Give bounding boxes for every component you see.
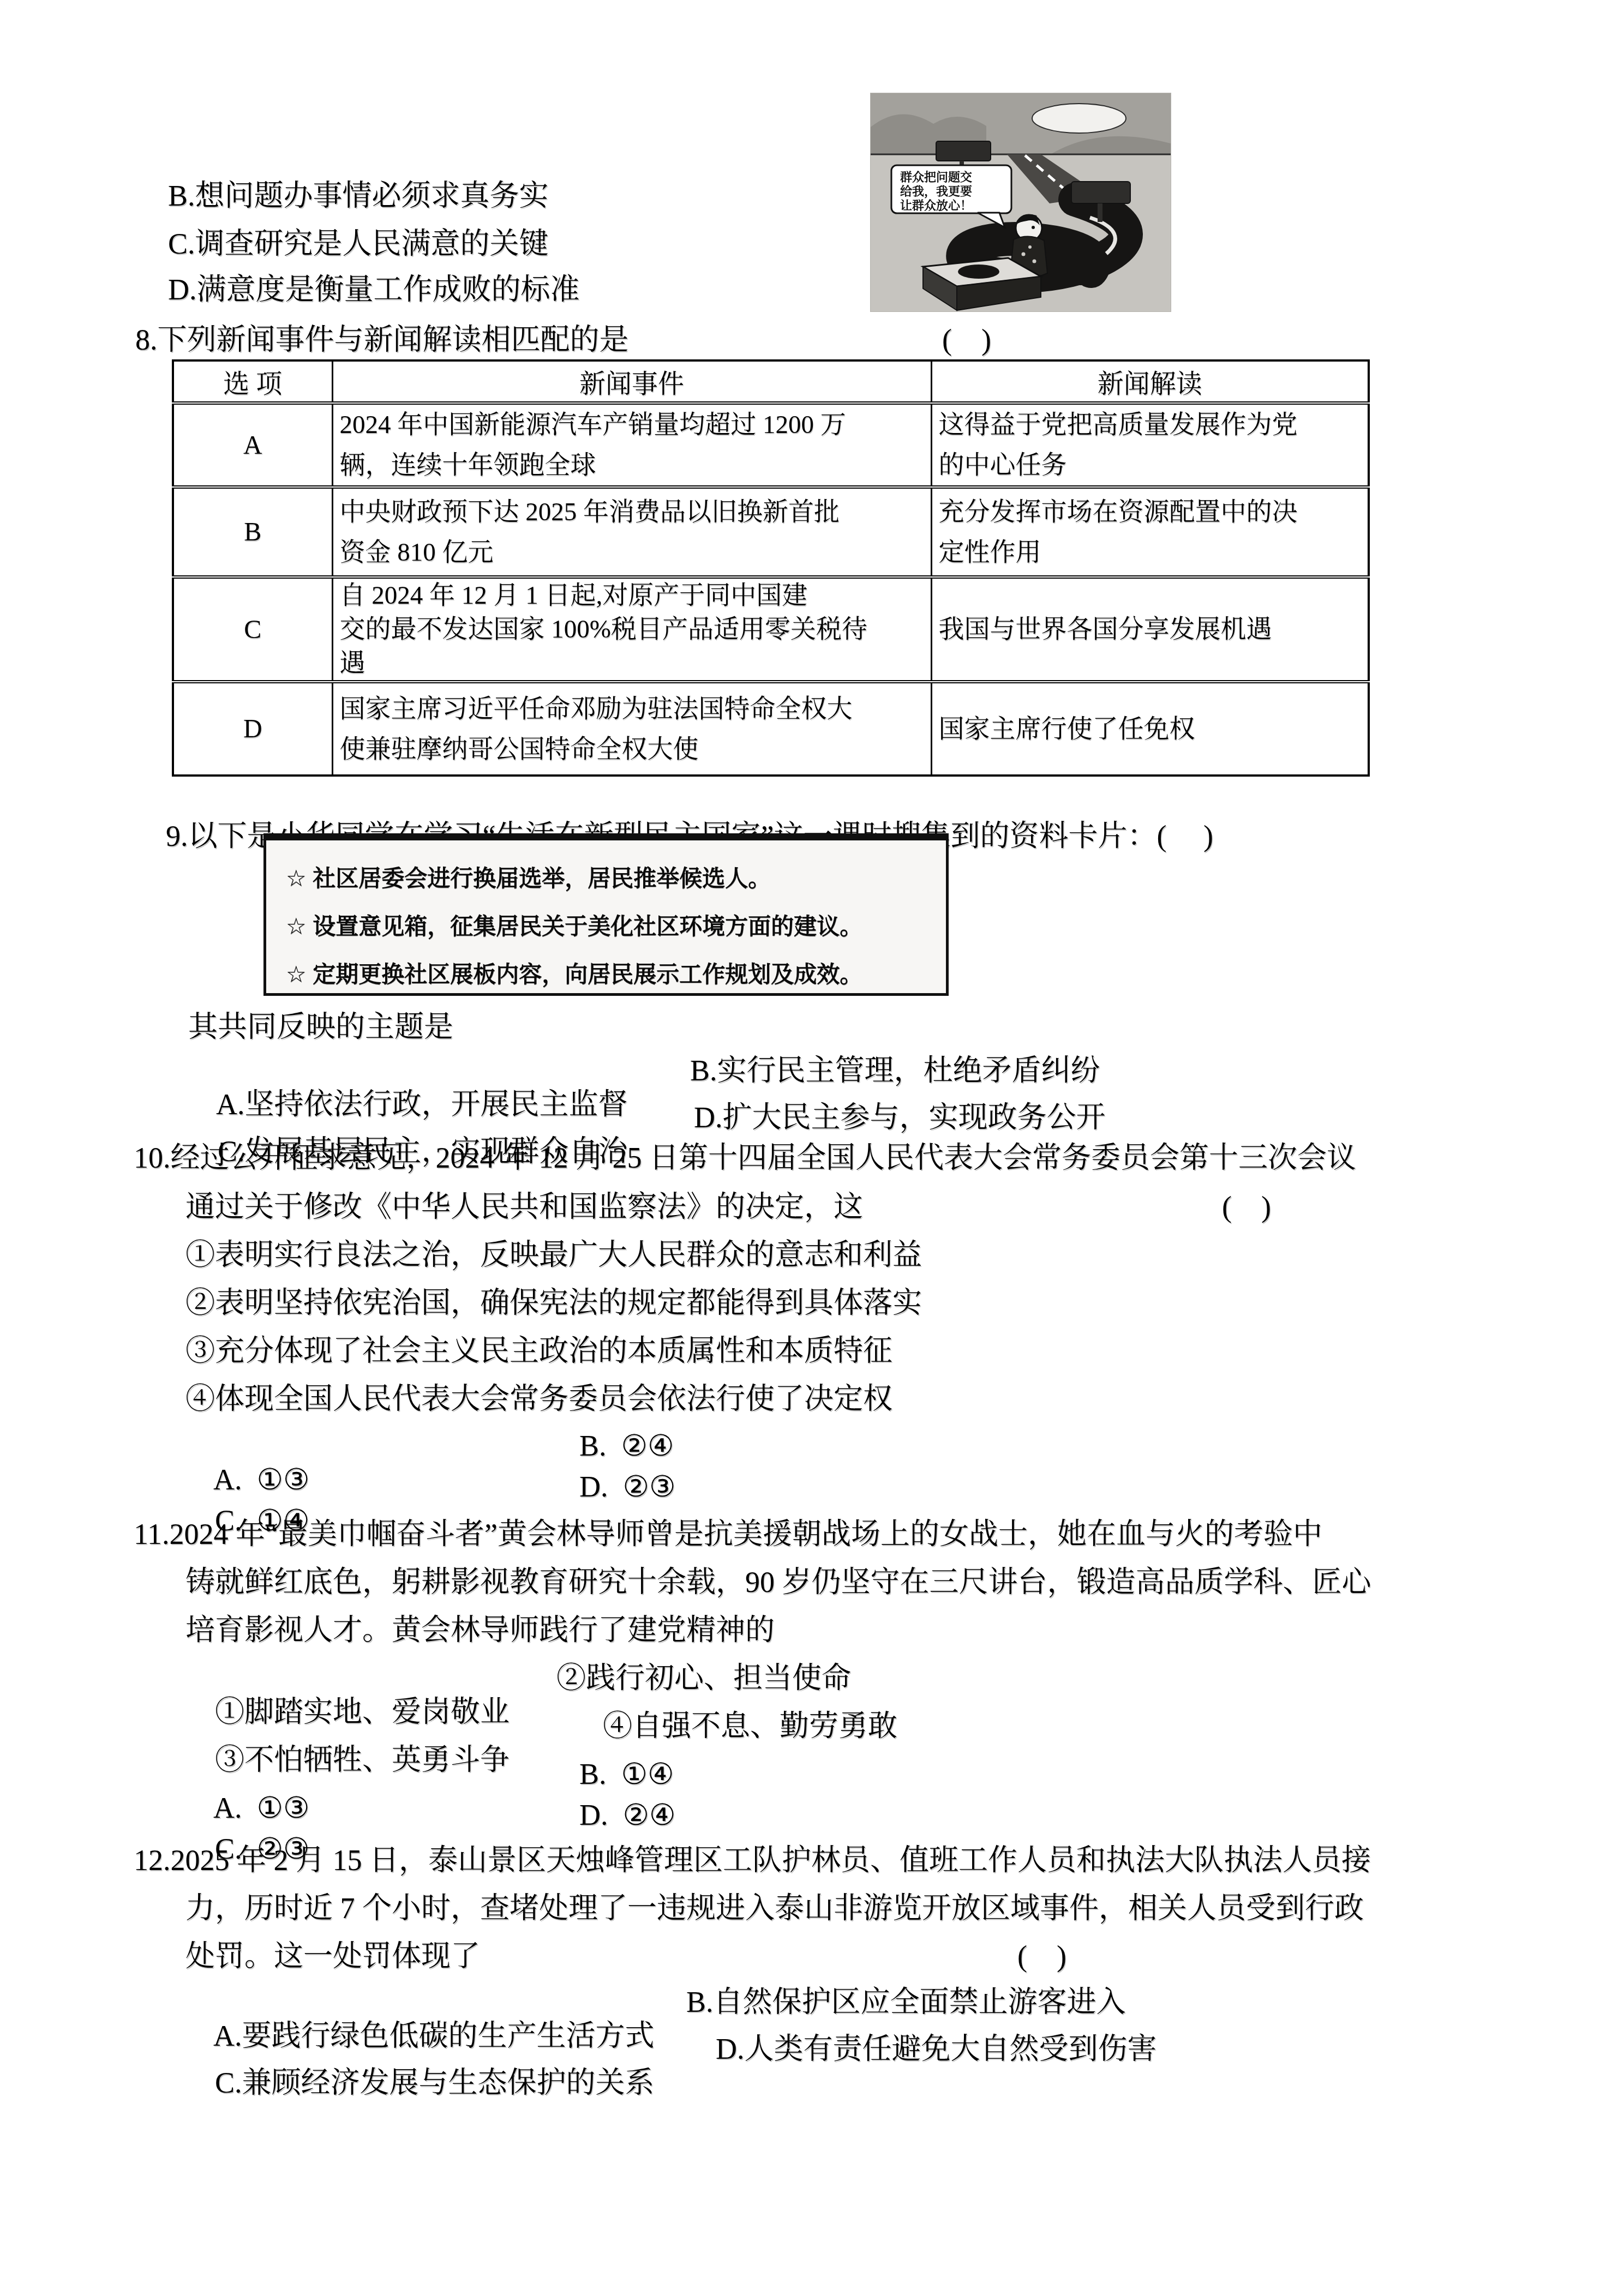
card-item: ☆ 设置意见箱，征集居民关于美化社区环境方面的建议。 bbox=[286, 903, 946, 951]
q12-stem-line3: 处罚。这一处罚体现了 bbox=[185, 1939, 480, 1973]
q10-stem-line2: 通过关于修改《中华人民共和国监察法》的决定，这 bbox=[185, 1190, 863, 1224]
q7-option-c: C.调查研究是人民满意的关键 bbox=[168, 227, 549, 261]
q12-stem-line1: 12.2025 年 2 月 15 日，泰山景区天烛峰管理区工队护林员、值班工作人… bbox=[134, 1843, 1371, 1877]
bubble-text-line: 给我，我更要 bbox=[900, 184, 972, 199]
cartoon-illustration: 群众把问题交 给我，我更要 让群众放心！ bbox=[870, 93, 1171, 312]
q10-statement-2: ②表明坚持依宪治国，确保宪法的规定都能得到具体落实 bbox=[185, 1286, 922, 1320]
row-event-cell: 中央财政预下达 2025 年消费品以旧换新首批 资金 810 亿元 bbox=[332, 487, 931, 577]
q7-option-d: D.满意度是衡量工作成败的标准 bbox=[168, 273, 580, 306]
q9-answer-paren: ( ) bbox=[1156, 820, 1213, 852]
row-event-cell: 2024 年中国新能源汽车产销量均超过 1200 万 辆，连续十年领跑全球 bbox=[332, 403, 931, 487]
row-event-cell: 自 2024 年 12 月 1 日起,对原产于同中国建 交的最不发达国家 100… bbox=[332, 577, 931, 682]
q12-stem-line2: 力，历时近 7 个小时，查堵处理了一违规进入泰山非游览开放区域事件，相关人员受到… bbox=[185, 1891, 1364, 1925]
row-reading-cell: 充分发挥市场在资源配置中的决 定性作用 bbox=[931, 487, 1369, 577]
row-option-letter: B bbox=[173, 487, 332, 577]
table-header-row: 选 项 新闻事件 新闻解读 bbox=[173, 360, 1369, 403]
q9-option-d: D.扩大民主参与，实现政务公开 bbox=[694, 1101, 1106, 1134]
table-row: D 国家主席习近平任命邓励为驻法国特命全权大 使兼驻摩纳哥公国特命全权大使 国家… bbox=[173, 682, 1369, 776]
q12-answer-paren: ( ) bbox=[1017, 1939, 1066, 1973]
row-option-letter: D bbox=[173, 682, 332, 776]
q8-stem: 8.下列新闻事件与新闻解读相匹配的是 bbox=[135, 323, 629, 357]
header-news-event: 新闻事件 bbox=[332, 360, 931, 403]
q8-table: 选 项 新闻事件 新闻解读 A 2024 年中国新能源汽车产销量均超过 1200… bbox=[172, 359, 1370, 777]
q12-options-row2: C.兼顾经济发展与生态保护的关系 D.人类有责任避免大自然受到伤害 bbox=[185, 2032, 655, 2167]
bubble-text-line: 让群众放心！ bbox=[900, 199, 972, 212]
q10-stem-line1: 10.经过公开征求意见，2024 年 12 月 25 日第十四届全国人民代表大会… bbox=[134, 1141, 1356, 1175]
q11-stem-line1: 11.2024 年“最美巾帼奋斗者”黄会林导师曾是抗美援朝战场上的女战士，她在血… bbox=[134, 1517, 1322, 1551]
card-item: ☆ 社区居委会进行换届选举，居民推举候选人。 bbox=[286, 855, 946, 903]
header-news-reading: 新闻解读 bbox=[931, 360, 1369, 403]
q10-statement-1: ①表明实行良法之治，反映最广大人民群众的意志和利益 bbox=[185, 1238, 922, 1272]
q12-option-b: B.自然保护区应全面禁止游客进入 bbox=[686, 1985, 1126, 2019]
row-option-letter: C bbox=[173, 577, 332, 682]
q8-answer-paren: ( ) bbox=[942, 323, 991, 357]
row-reading-cell: 国家主席行使了任免权 bbox=[931, 682, 1369, 776]
table-row: A 2024 年中国新能源汽车产销量均超过 1200 万 辆，连续十年领跑全球 … bbox=[173, 403, 1369, 487]
q11-statement-4: ④自强不息、勤劳勇敢 bbox=[603, 1709, 897, 1743]
q10-option-b: B. ②④ bbox=[579, 1429, 674, 1463]
card-item: ☆ 定期更换社区展板内容，向居民展示工作规划及成效。 bbox=[286, 951, 946, 999]
q12-option-d: D.人类有责任避免大自然受到伤害 bbox=[716, 2032, 1157, 2066]
q10-option-d: D. ②③ bbox=[579, 1470, 675, 1504]
q12-option-c: C.兼顾经济发展与生态保护的关系 bbox=[215, 2066, 655, 2099]
header-option: 选 项 bbox=[173, 360, 332, 403]
row-option-letter: A bbox=[173, 403, 332, 487]
table-row: B 中央财政预下达 2025 年消费品以旧换新首批 资金 810 亿元 充分发挥… bbox=[173, 487, 1369, 577]
q11-option-d: D. ②④ bbox=[579, 1798, 675, 1832]
q9-material-card: ☆ 社区居委会进行换届选举，居民推举候选人。 ☆ 设置意见箱，征集居民关于美化社… bbox=[263, 833, 949, 996]
q11-stem-line2: 铸就鲜红底色，躬耕影视教育研究十余载，90 岁仍坚守在三尺讲台，锻造高品质学科、… bbox=[185, 1565, 1371, 1599]
row-reading-cell: 我国与世界各国分享发展机遇 bbox=[931, 577, 1369, 682]
row-event-cell: 国家主席习近平任命邓励为驻法国特命全权大 使兼驻摩纳哥公国特命全权大使 bbox=[332, 682, 931, 776]
exam-page: 群众把问题交 给我，我更要 让群众放心！ B.想问题办事情必须求真务实 C.调查… bbox=[0, 0, 1624, 2296]
q7-option-b: B.想问题办事情必须求真务实 bbox=[168, 179, 549, 213]
q11-option-b: B. ①④ bbox=[579, 1757, 674, 1791]
table-row: C 自 2024 年 12 月 1 日起,对原产于同中国建 交的最不发达国家 1… bbox=[173, 577, 1369, 682]
q10-statement-3: ③充分体现了社会主义民主政治的本质属性和本质特征 bbox=[185, 1334, 892, 1368]
q11-statement-2: ②践行初心、担当使命 bbox=[556, 1661, 851, 1695]
q11-stem-line3: 培育影视人才。黄会林导师践行了建党精神的 bbox=[185, 1613, 775, 1647]
bubble-text-line: 群众把问题交 bbox=[900, 170, 972, 184]
q9-option-b: B.实行民主管理，杜绝矛盾纠纷 bbox=[690, 1054, 1100, 1087]
q10-statement-4: ④体现全国人民代表大会常务委员会依法行使了决定权 bbox=[185, 1382, 892, 1416]
cloud bbox=[1032, 104, 1126, 133]
row-reading-cell: 这得益于党把高质量发展作为党 的中心任务 bbox=[931, 403, 1369, 487]
q10-answer-paren: ( ) bbox=[1222, 1190, 1271, 1224]
q9-followup: 其共同反映的主题是 bbox=[188, 1010, 453, 1044]
